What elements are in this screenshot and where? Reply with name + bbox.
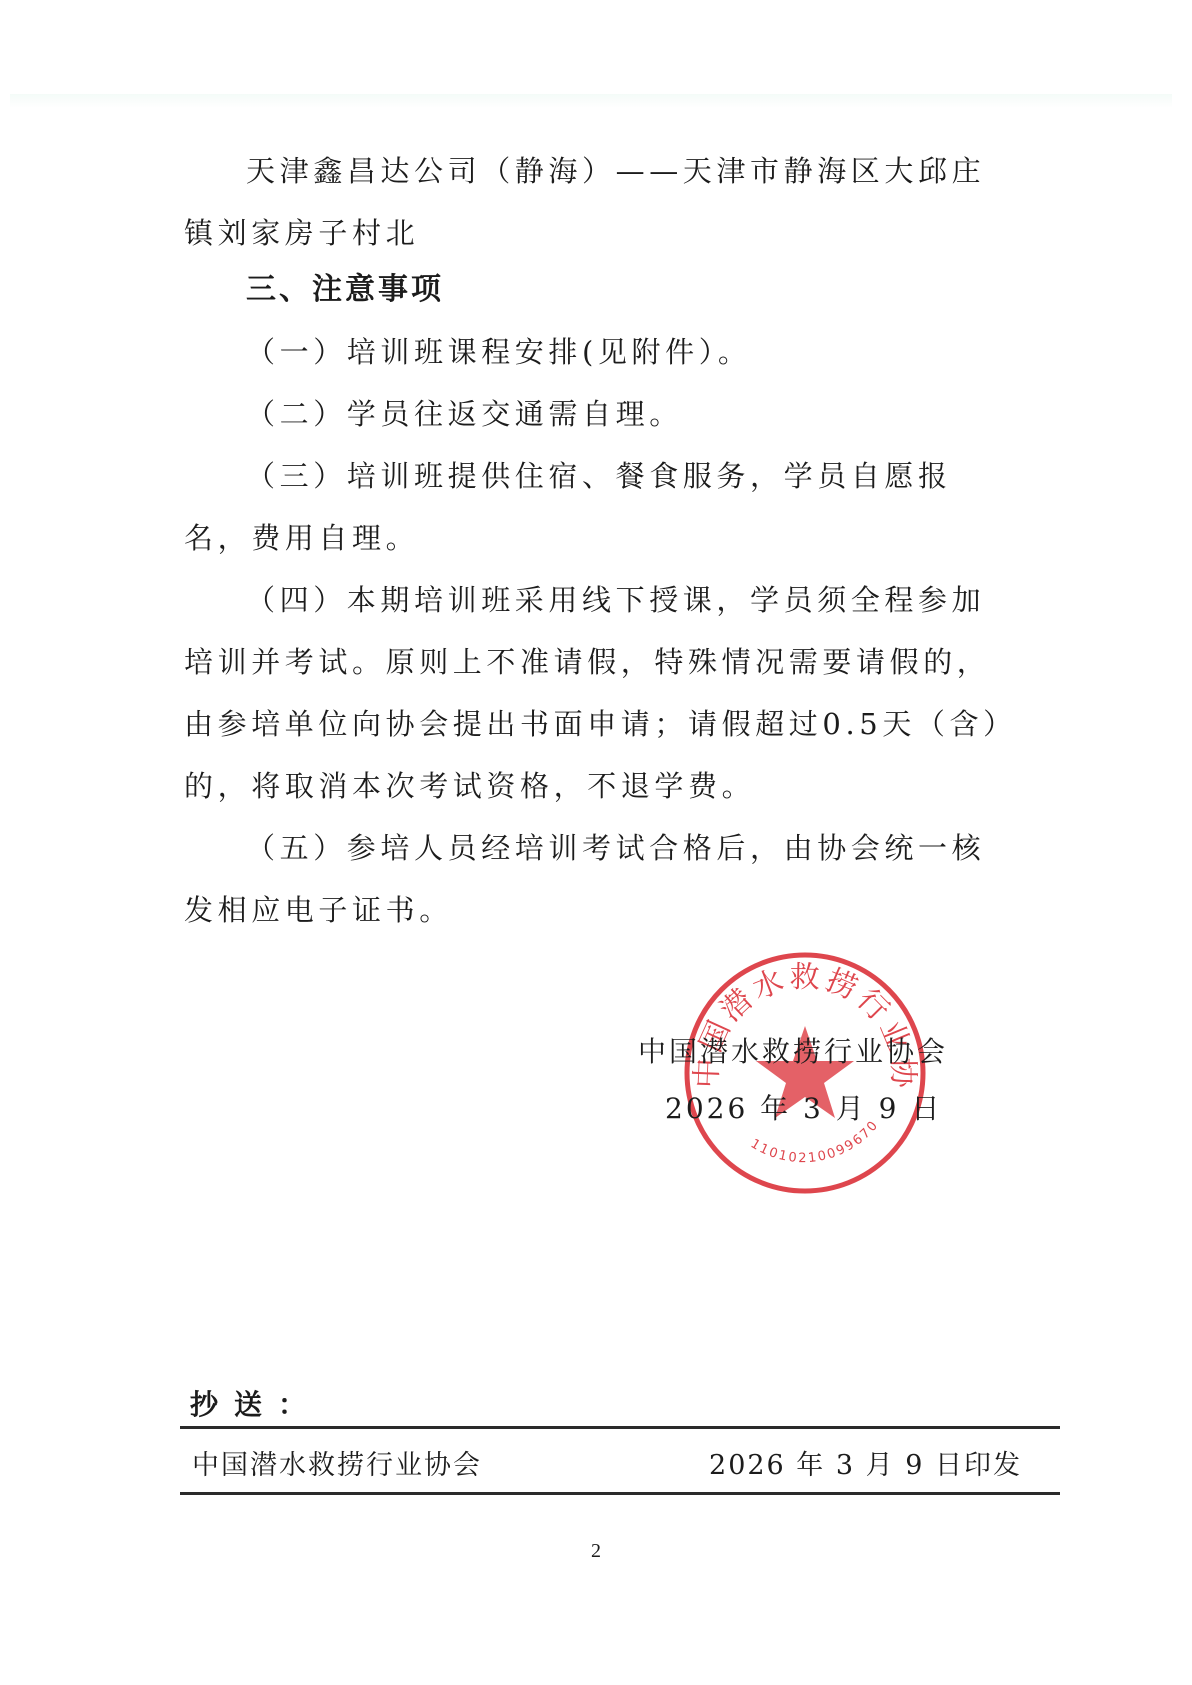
- footer-issue-row: 中国潜水救捞行业协会 2026 年 3 月 9 日印发: [192, 1443, 1022, 1482]
- footer-rule-bottom: [180, 1492, 1060, 1495]
- section-heading: 三、注意事项: [246, 259, 444, 321]
- signature-date: 2026 年 3 月 9 日: [665, 1087, 942, 1127]
- note-2: （二）学员往返交通需自理。: [184, 383, 1014, 445]
- footer-rule-top: [180, 1426, 1060, 1429]
- footer-issuer: 中国潜水救捞行业协会: [192, 1443, 482, 1482]
- page-number: 2: [0, 1540, 1192, 1563]
- note-5: （五）参培人员经培训考试合格后，由协会统一核发相应电子证书。: [184, 817, 1014, 941]
- footer-issue-date: 2026 年 3 月 9 日印发: [709, 1443, 1022, 1482]
- note-1: （一）培训班课程安排(见附件）。: [184, 321, 1014, 383]
- signature-organization: 中国潜水救捞行业协会: [638, 1030, 948, 1070]
- official-seal-icon: 中国潜水救捞行业协会 11010210099670: [680, 948, 930, 1198]
- note-3: （三）培训班提供住宿、餐食服务，学员自愿报名，费用自理。: [184, 445, 1014, 569]
- address-paragraph: 天津鑫昌达公司（静海）——天津市静海区大邱庄镇刘家房子村北: [184, 140, 1014, 264]
- note-4: （四）本期培训班采用线下授课，学员须全程参加培训并考试。原则上不准请假，特殊情况…: [184, 569, 1014, 817]
- scan-edge: [10, 94, 1172, 108]
- cc-label: 抄送：: [190, 1383, 322, 1423]
